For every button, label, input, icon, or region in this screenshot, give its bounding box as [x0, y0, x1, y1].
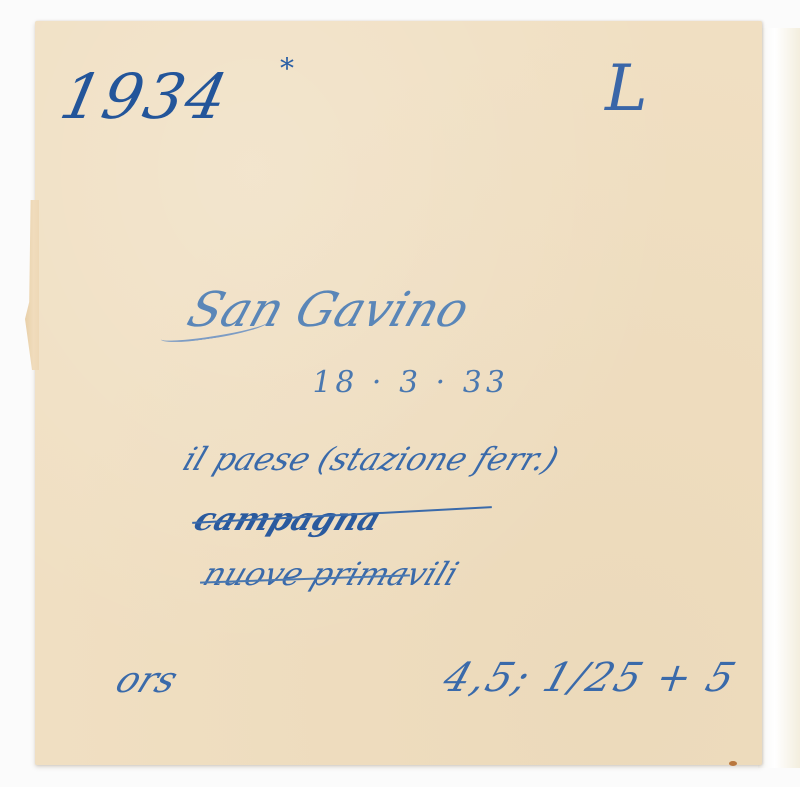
note-line-1: il paese (stazione ferr.) — [178, 440, 564, 478]
place-name: San Gavino — [181, 282, 476, 338]
folded-paper-edge — [25, 200, 39, 370]
footer-right-note: 4,5; 1/25 + 5 — [438, 655, 743, 701]
date: 18 · 3 · 33 — [309, 365, 512, 400]
year-heading: 1934 — [54, 60, 235, 133]
note-line-2-struck: campagna — [189, 500, 386, 538]
note-line-3-struck: nuove primavili — [198, 555, 464, 593]
corner-letter: L — [605, 52, 648, 126]
backing-sheet — [758, 28, 800, 768]
asterisk-mark: * — [280, 52, 294, 85]
paper-stain — [729, 761, 737, 766]
